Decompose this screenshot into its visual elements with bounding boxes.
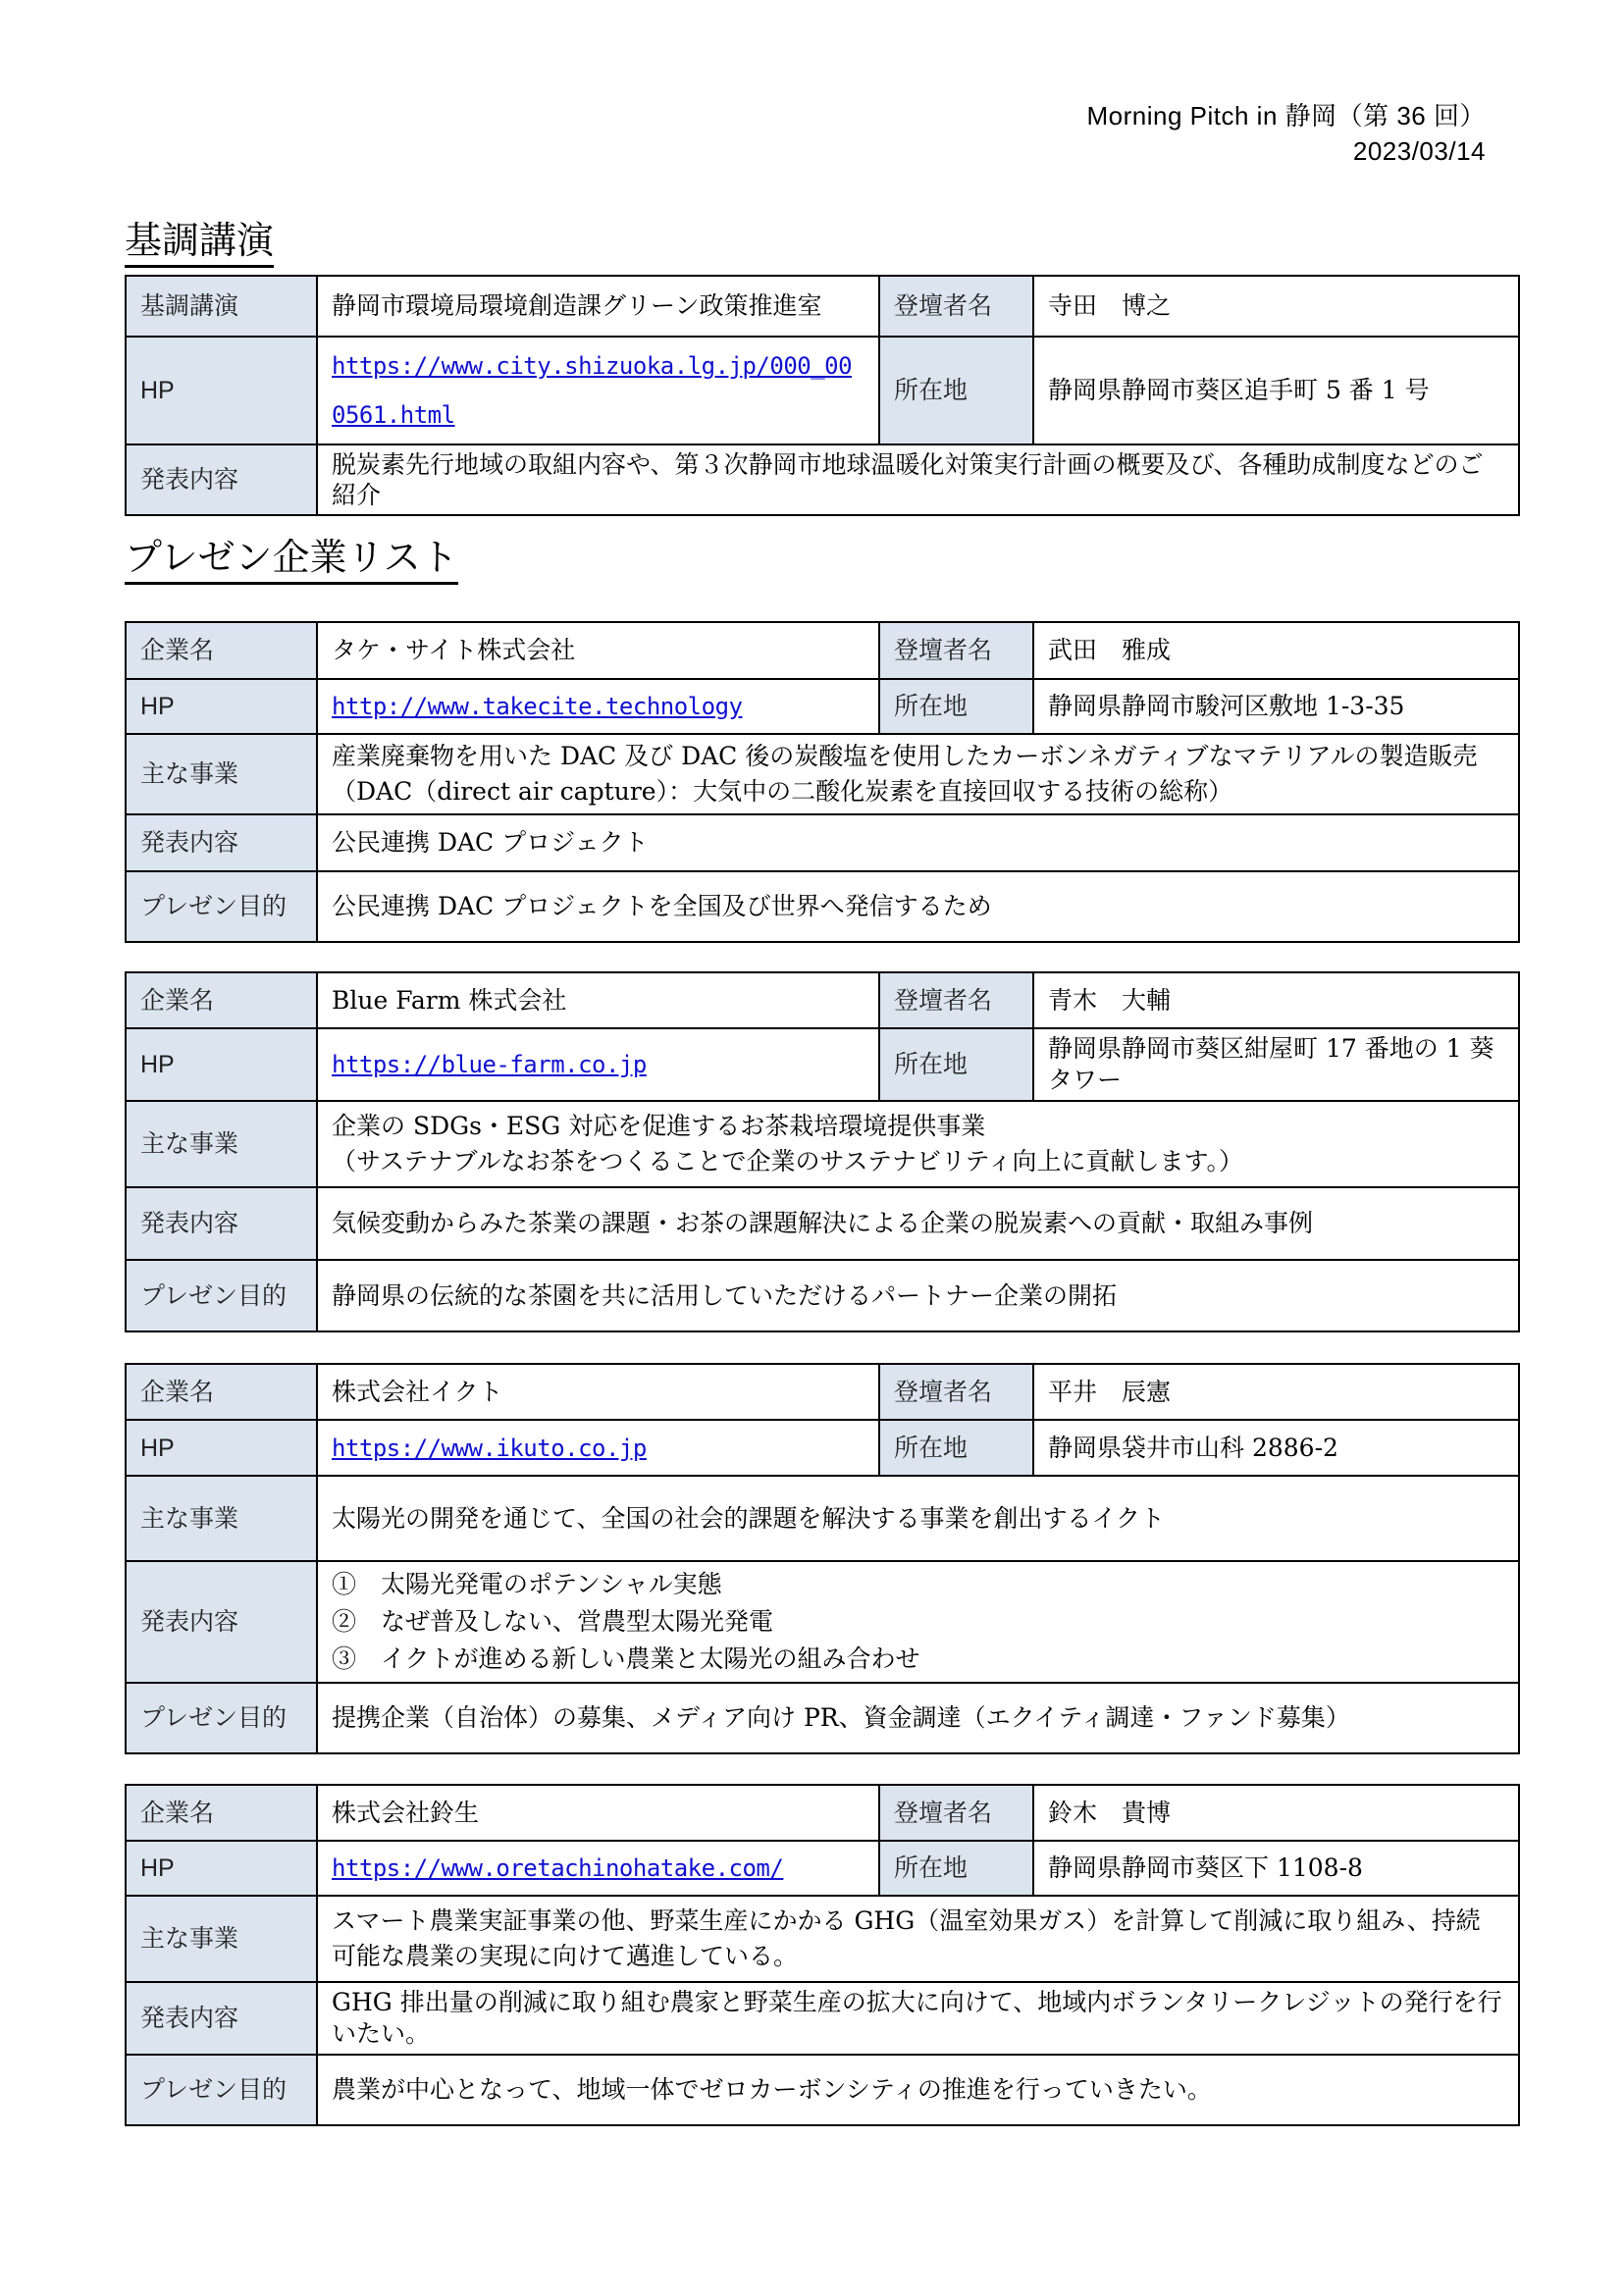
- company-address: 静岡県静岡市葵区紺屋町 17 番地の 1 葵タワー: [1033, 1028, 1519, 1101]
- content-label: 発表内容: [126, 1187, 317, 1260]
- keynote-address: 静岡県静岡市葵区追手町 5 番 1 号: [1033, 337, 1519, 444]
- company-hp-link[interactable]: https://www.oretachinohatake.com/: [332, 1854, 783, 1882]
- table-row: 企業名 Blue Farm 株式会社 登壇者名 青木 大輔: [126, 972, 1519, 1028]
- table-row: プレゼン目的 静岡県の伝統的な茶園を共に活用していただけるパートナー企業の開拓: [126, 1260, 1519, 1331]
- company-content: 公民連携 DAC プロジェクト: [317, 814, 1519, 871]
- document-header: Morning Pitch in 静岡（第 36 回） 2023/03/14: [1086, 98, 1486, 169]
- company-address: 静岡県静岡市駿河区敷地 1-3-35: [1033, 679, 1519, 734]
- event-title: Morning Pitch in 静岡（第 36 回）: [1086, 98, 1486, 133]
- keynote-organization: 静岡市環境局環境創造課グリーン政策推進室: [317, 276, 879, 337]
- address-label: 所在地: [879, 1420, 1033, 1476]
- purpose-label: プレゼン目的: [126, 1683, 317, 1753]
- address-label: 所在地: [879, 1028, 1033, 1101]
- table-row: 発表内容 公民連携 DAC プロジェクト: [126, 814, 1519, 871]
- company-hp-link[interactable]: https://blue-farm.co.jp: [332, 1051, 647, 1078]
- company-speaker: 武田 雅成: [1033, 622, 1519, 679]
- company-label: 企業名: [126, 1364, 317, 1420]
- company-address: 静岡県袋井市山科 2886-2: [1033, 1420, 1519, 1476]
- company-speaker: 青木 大輔: [1033, 972, 1519, 1028]
- speaker-label: 登壇者名: [879, 972, 1033, 1028]
- table-row: 主な事業 産業廃棄物を用いた DAC 及び DAC 後の炭酸塩を使用したカーボン…: [126, 734, 1519, 814]
- keynote-section-title: 基調講演: [125, 218, 274, 268]
- company-business: 太陽光の開発を通じて、全国の社会的課題を解決する事業を創出するイクト: [317, 1476, 1519, 1561]
- company-purpose: 静岡県の伝統的な茶園を共に活用していただけるパートナー企業の開拓: [317, 1260, 1519, 1331]
- company-content: ① 太陽光発電のポテンシャル実態 ② なぜ普及しない、営農型太陽光発電 ③ イク…: [317, 1561, 1519, 1683]
- company-hp-link[interactable]: http://www.takecite.technology: [332, 693, 742, 720]
- company-content: 気候変動からみた茶業の課題・お茶の課題解決による企業の脱炭素への貢献・取組み事例: [317, 1187, 1519, 1260]
- keynote-speaker: 寺田 博之: [1033, 276, 1519, 337]
- hp-label: HP: [126, 337, 317, 444]
- table-row: 発表内容 GHG 排出量の削減に取り組む農家と野菜生産の拡大に向けて、地域内ボラ…: [126, 1982, 1519, 2055]
- table-row: HP http://www.takecite.technology 所在地 静岡…: [126, 679, 1519, 734]
- table-row: 主な事業 太陽光の開発を通じて、全国の社会的課題を解決する事業を創出するイクト: [126, 1476, 1519, 1561]
- event-date: 2023/03/14: [1086, 133, 1486, 169]
- address-label: 所在地: [879, 679, 1033, 734]
- business-line: （サステナブルなお茶をつくることで企業のサステナビリティ向上に貢献します。）: [332, 1144, 1504, 1179]
- content-label: 発表内容: [126, 1561, 317, 1683]
- company-hp-link[interactable]: https://www.ikuto.co.jp: [332, 1435, 647, 1462]
- speaker-label: 登壇者名: [879, 1785, 1033, 1841]
- table-row: 発表内容 ① 太陽光発電のポテンシャル実態 ② なぜ普及しない、営農型太陽光発電…: [126, 1561, 1519, 1683]
- content-item: ① 太陽光発電のポテンシャル実態: [332, 1566, 1504, 1603]
- table-row: 主な事業 スマート農業実証事業の他、野菜生産にかかる GHG（温室効果ガス）を計…: [126, 1896, 1519, 1982]
- table-row: HP https://www.oretachinohatake.com/ 所在地…: [126, 1841, 1519, 1896]
- speaker-label: 登壇者名: [879, 276, 1033, 337]
- address-label: 所在地: [879, 1841, 1033, 1896]
- business-label: 主な事業: [126, 1896, 317, 1982]
- keynote-table: 基調講演 静岡市環境局環境創造課グリーン政策推進室 登壇者名 寺田 博之 HP …: [125, 275, 1520, 516]
- keynote-label: 基調講演: [126, 276, 317, 337]
- keynote-content: 脱炭素先行地域の取組内容や、第３次静岡市地球温暖化対策実行計画の概要及び、各種助…: [317, 444, 1519, 515]
- speaker-label: 登壇者名: [879, 1364, 1033, 1420]
- company-label: 企業名: [126, 622, 317, 679]
- company-business: スマート農業実証事業の他、野菜生産にかかる GHG（温室効果ガス）を計算して削減…: [317, 1896, 1519, 1982]
- company-name: タケ・サイト株式会社: [317, 622, 879, 679]
- company-name: Blue Farm 株式会社: [317, 972, 879, 1028]
- company-table-suzunari: 企業名 株式会社鈴生 登壇者名 鈴木 貴博 HP https://www.ore…: [125, 1784, 1520, 2126]
- business-label: 主な事業: [126, 1476, 317, 1561]
- company-business: 産業廃棄物を用いた DAC 及び DAC 後の炭酸塩を使用したカーボンネガティブ…: [317, 734, 1519, 814]
- table-row: プレゼン目的 公民連携 DAC プロジェクトを全国及び世界へ発信するため: [126, 871, 1519, 942]
- company-speaker: 鈴木 貴博: [1033, 1785, 1519, 1841]
- table-row: HP https://www.city.shizuoka.lg.jp/000_0…: [126, 337, 1519, 444]
- table-row: 発表内容 脱炭素先行地域の取組内容や、第３次静岡市地球温暖化対策実行計画の概要及…: [126, 444, 1519, 515]
- table-row: HP https://www.ikuto.co.jp 所在地 静岡県袋井市山科 …: [126, 1420, 1519, 1476]
- company-name: 株式会社鈴生: [317, 1785, 879, 1841]
- table-row: プレゼン目的 農業が中心となって、地域一体でゼロカーボンシティの推進を行っていき…: [126, 2055, 1519, 2125]
- purpose-label: プレゼン目的: [126, 871, 317, 942]
- company-speaker: 平井 辰憲: [1033, 1364, 1519, 1420]
- company-table-bluefarm: 企業名 Blue Farm 株式会社 登壇者名 青木 大輔 HP https:/…: [125, 971, 1520, 1332]
- table-row: プレゼン目的 提携企業（自治体）の募集、メディア向け PR、資金調達（エクイティ…: [126, 1683, 1519, 1753]
- hp-label: HP: [126, 1028, 317, 1101]
- hp-label: HP: [126, 1420, 317, 1476]
- table-row: HP https://blue-farm.co.jp 所在地 静岡県静岡市葵区紺…: [126, 1028, 1519, 1101]
- company-address: 静岡県静岡市葵区下 1108-8: [1033, 1841, 1519, 1896]
- content-label: 発表内容: [126, 444, 317, 515]
- business-line: 企業の SDGs・ESG 対応を促進するお茶栽培環境提供事業: [332, 1109, 1504, 1144]
- table-row: 主な事業 企業の SDGs・ESG 対応を促進するお茶栽培環境提供事業 （サステ…: [126, 1101, 1519, 1187]
- company-purpose: 農業が中心となって、地域一体でゼロカーボンシティの推進を行っていきたい。: [317, 2055, 1519, 2125]
- companies-section-title: プレゼン企業リスト: [125, 535, 458, 585]
- keynote-hp-link[interactable]: https://www.city.shizuoka.lg.jp/000_0005…: [332, 352, 852, 429]
- table-row: 基調講演 静岡市環境局環境創造課グリーン政策推進室 登壇者名 寺田 博之: [126, 276, 1519, 337]
- hp-label: HP: [126, 679, 317, 734]
- table-row: 企業名 株式会社イクト 登壇者名 平井 辰憲: [126, 1364, 1519, 1420]
- address-label: 所在地: [879, 337, 1033, 444]
- company-name: 株式会社イクト: [317, 1364, 879, 1420]
- table-row: 企業名 タケ・サイト株式会社 登壇者名 武田 雅成: [126, 622, 1519, 679]
- purpose-label: プレゼン目的: [126, 2055, 317, 2125]
- company-label: 企業名: [126, 972, 317, 1028]
- purpose-label: プレゼン目的: [126, 1260, 317, 1331]
- business-label: 主な事業: [126, 1101, 317, 1187]
- business-label: 主な事業: [126, 734, 317, 814]
- hp-label: HP: [126, 1841, 317, 1896]
- content-label: 発表内容: [126, 814, 317, 871]
- company-table-ikuto: 企業名 株式会社イクト 登壇者名 平井 辰憲 HP https://www.ik…: [125, 1363, 1520, 1754]
- company-label: 企業名: [126, 1785, 317, 1841]
- speaker-label: 登壇者名: [879, 622, 1033, 679]
- content-label: 発表内容: [126, 1982, 317, 2055]
- company-business: 企業の SDGs・ESG 対応を促進するお茶栽培環境提供事業 （サステナブルなお…: [317, 1101, 1519, 1187]
- company-purpose: 提携企業（自治体）の募集、メディア向け PR、資金調達（エクイティ調達・ファンド…: [317, 1683, 1519, 1753]
- company-table-takecite: 企業名 タケ・サイト株式会社 登壇者名 武田 雅成 HP http://www.…: [125, 621, 1520, 943]
- table-row: 企業名 株式会社鈴生 登壇者名 鈴木 貴博: [126, 1785, 1519, 1841]
- company-purpose: 公民連携 DAC プロジェクトを全国及び世界へ発信するため: [317, 871, 1519, 942]
- company-content: GHG 排出量の削減に取り組む農家と野菜生産の拡大に向けて、地域内ボランタリーク…: [317, 1982, 1519, 2055]
- content-item: ③ イクトが進める新しい農業と太陽光の組み合わせ: [332, 1641, 1504, 1678]
- content-item: ② なぜ普及しない、営農型太陽光発電: [332, 1603, 1504, 1641]
- table-row: 発表内容 気候変動からみた茶業の課題・お茶の課題解決による企業の脱炭素への貢献・…: [126, 1187, 1519, 1260]
